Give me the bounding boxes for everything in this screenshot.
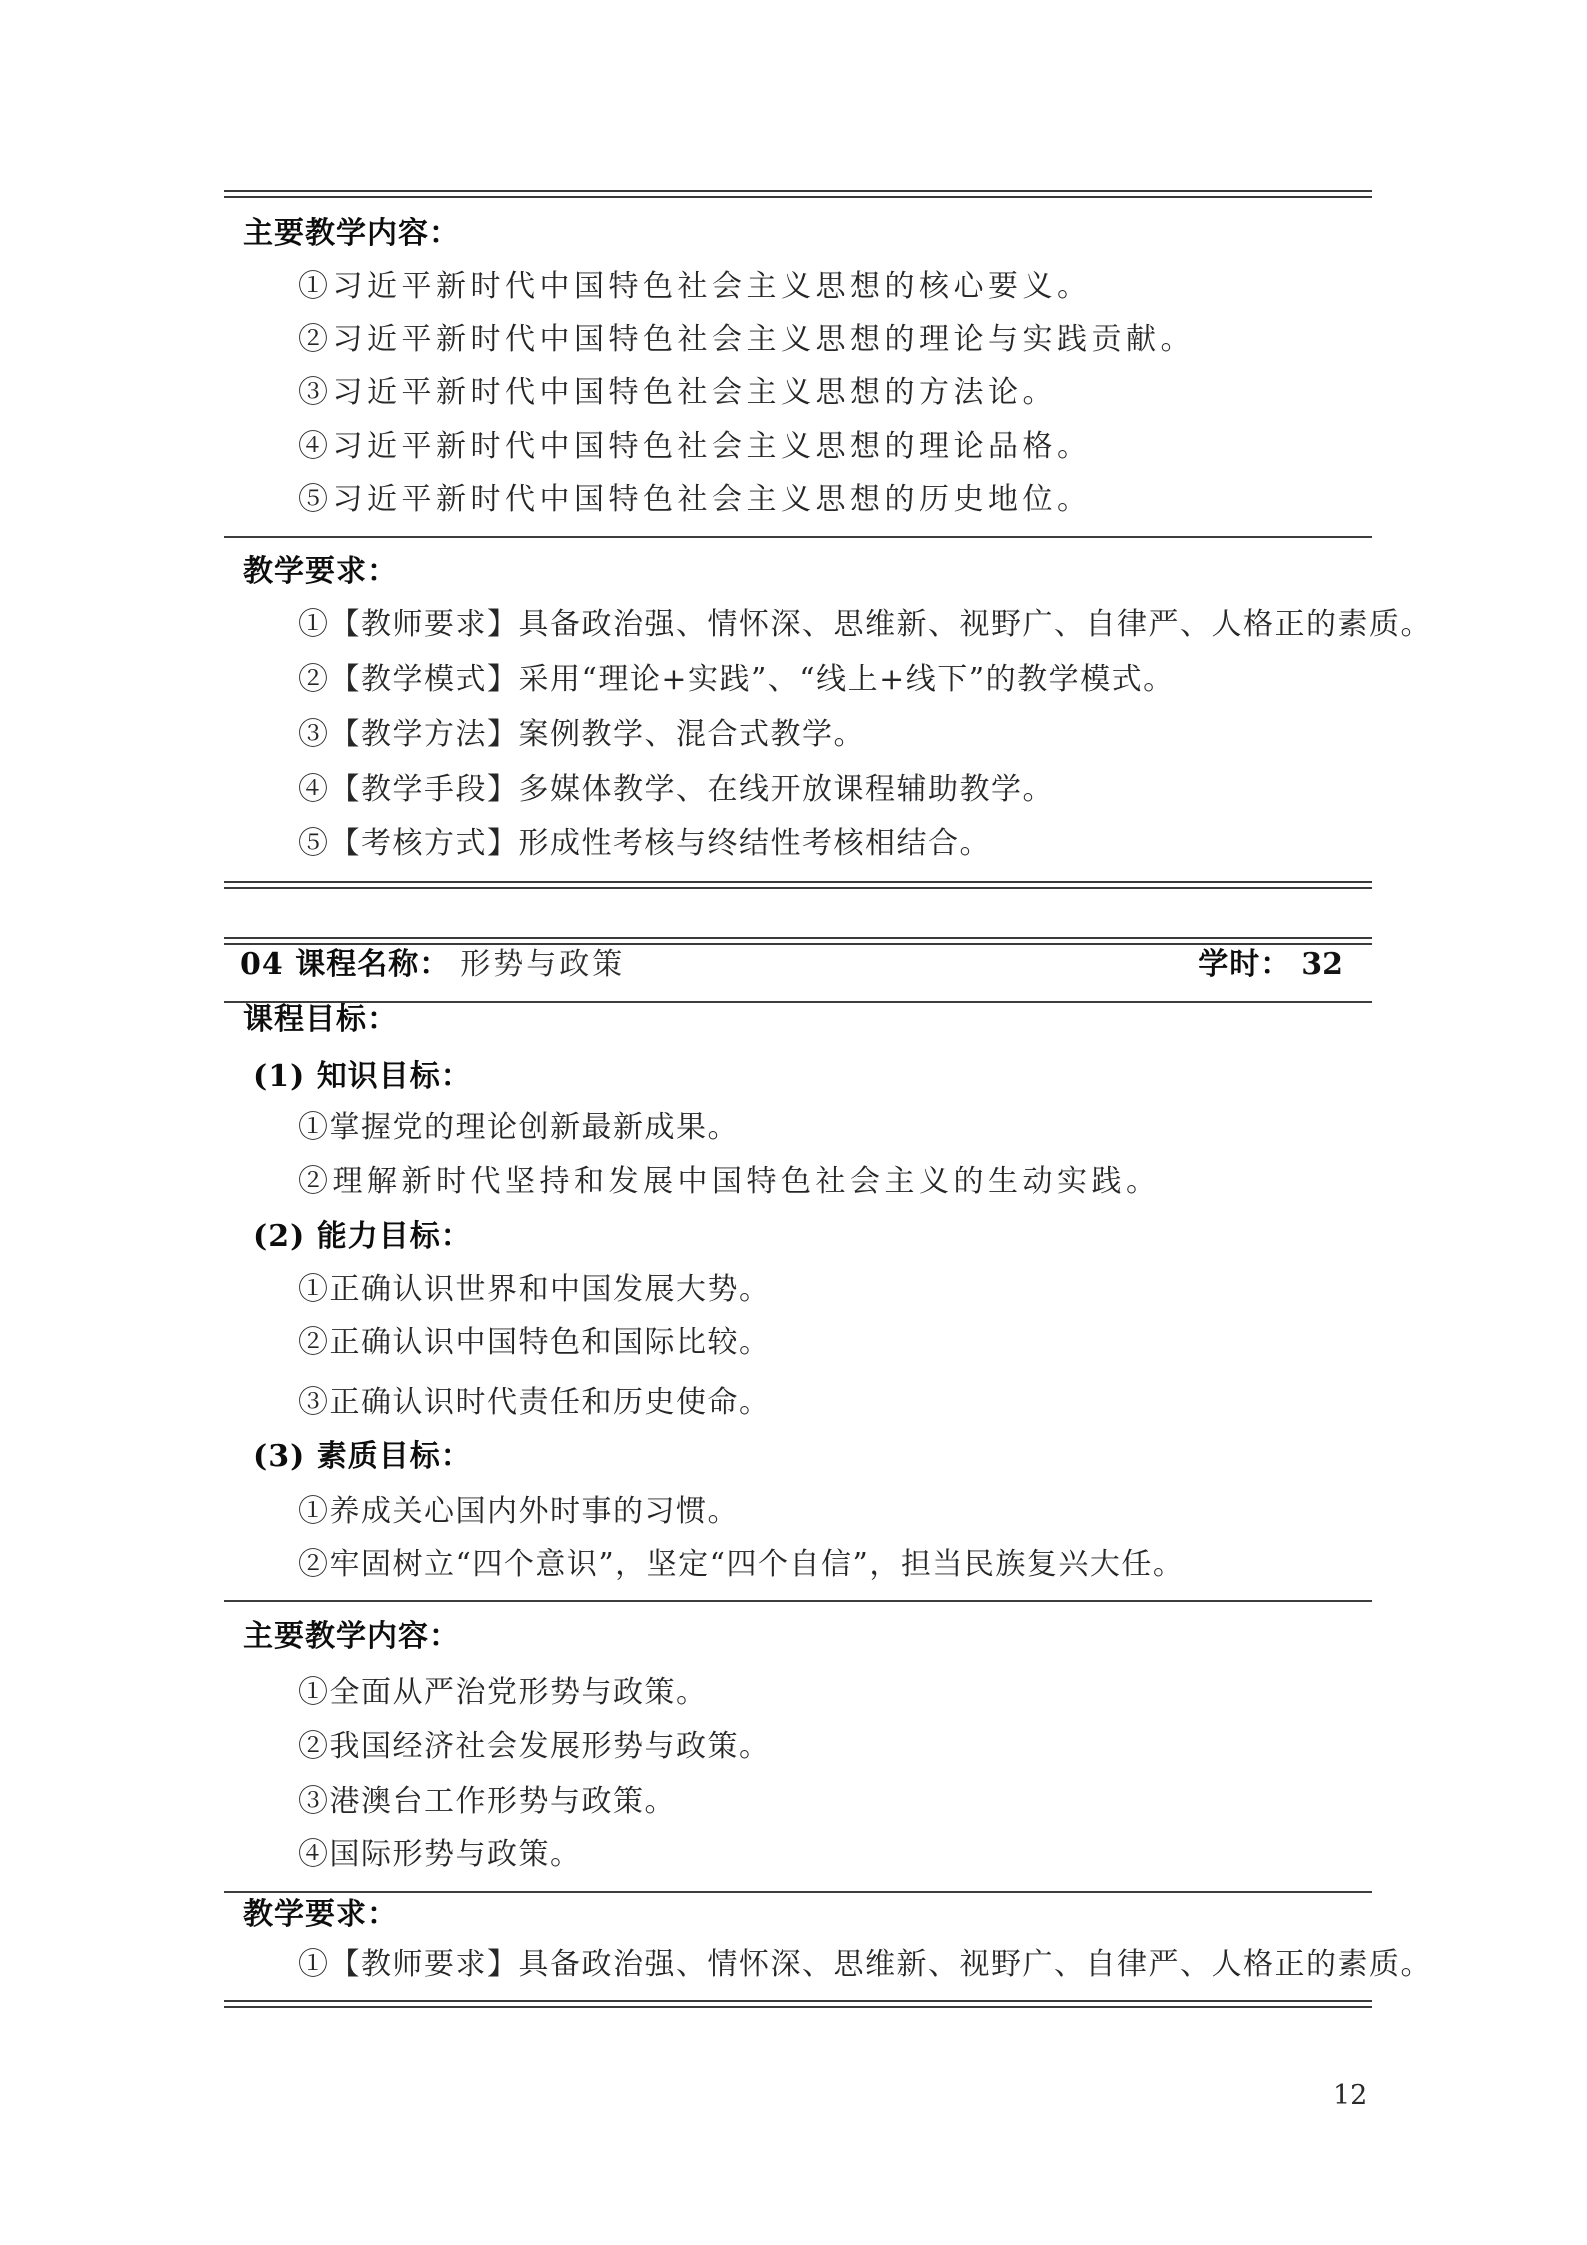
list-item: ①正确认识世界和中国发展大势。 (298, 1275, 771, 1305)
list-item: ①习近平新时代中国特色社会主义思想的核心要义。 (298, 272, 1092, 302)
list-item: ①掌握党的理论创新最新成果。 (298, 1113, 739, 1143)
list-item: ①【教师要求】具备政治强、情怀深、思维新、视野广、自律严、人格正的素质。 (298, 610, 1432, 640)
list-item: ③【教学方法】案例教学、混合式教学。 (298, 720, 865, 750)
list-item: ⑤【考核方式】形成性考核与终结性考核相结合。 (298, 829, 991, 859)
list-item: ②理解新时代坚持和发展中国特色社会主义的生动实践。 (298, 1167, 1161, 1197)
teaching-content-heading: 主要教学内容： (243, 1622, 460, 1652)
section-divider-double-top (224, 190, 1372, 198)
list-item: ③习近平新时代中国特色社会主义思想的方法论。 (298, 378, 1057, 408)
list-item: ①【教师要求】具备政治强、情怀深、思维新、视野广、自律严、人格正的素质。 (298, 1950, 1432, 1980)
document-page: 主要教学内容： ①习近平新时代中国特色社会主义思想的核心要义。 ②习近平新时代中… (0, 0, 1587, 2245)
section-divider (224, 1891, 1372, 1893)
list-item: ⑤习近平新时代中国特色社会主义思想的历史地位。 (298, 485, 1092, 515)
teaching-requirements-heading: 教学要求： (243, 557, 398, 587)
course-title-group: 04 课程名称：形势与政策 (240, 950, 625, 980)
course-objectives-heading: 课程目标： (243, 1005, 398, 1035)
course-header-top-border (224, 937, 1372, 945)
teaching-requirements-heading: 教学要求： (243, 1900, 398, 1930)
list-item: ②我国经济社会发展形势与政策。 (298, 1732, 771, 1762)
course-number-label: 04 课程名称： (240, 947, 450, 982)
section-divider (224, 536, 1372, 538)
section-divider (224, 1600, 1372, 1602)
course-hours-group: 学时： 32 (1198, 950, 1343, 980)
list-item: ④国际形势与政策。 (298, 1840, 582, 1870)
list-item: ①全面从严治党形势与政策。 (298, 1678, 708, 1708)
list-item: ③正确认识时代责任和历史使命。 (298, 1388, 771, 1418)
list-item: ③港澳台工作形势与政策。 (298, 1787, 676, 1817)
ability-objectives-heading: (2) 能力目标： (253, 1222, 472, 1252)
teaching-content-heading: 主要教学内容： (243, 219, 460, 249)
list-item: ②【教学模式】采用“理论+实践”、“线上+线下”的教学模式。 (298, 665, 1175, 695)
hours-label: 学时： (1198, 950, 1291, 980)
list-item: ②正确认识中国特色和国际比较。 (298, 1328, 771, 1358)
quality-objectives-heading: (3) 素质目标： (253, 1442, 472, 1472)
list-item: ②牢固树立“四个意识”，坚定“四个自信”，担当民族复兴大任。 (298, 1550, 1184, 1580)
section-divider-double (224, 881, 1372, 889)
list-item: ④【教学手段】多媒体教学、在线开放课程辅助教学。 (298, 775, 1054, 805)
section-divider-double-bottom (224, 2000, 1372, 2008)
list-item: ④习近平新时代中国特色社会主义思想的理论品格。 (298, 432, 1092, 462)
list-item: ②习近平新时代中国特色社会主义思想的理论与实践贡献。 (298, 325, 1195, 355)
hours-value: 32 (1301, 950, 1343, 980)
knowledge-objectives-heading: (1) 知识目标： (253, 1062, 472, 1092)
page-number: 12 (1333, 2082, 1367, 2109)
course-name: 形势与政策 (460, 947, 625, 982)
course-header-row: 04 课程名称：形势与政策 学时： 32 (240, 950, 1343, 980)
list-item: ①养成关心国内外时事的习惯。 (298, 1497, 739, 1527)
